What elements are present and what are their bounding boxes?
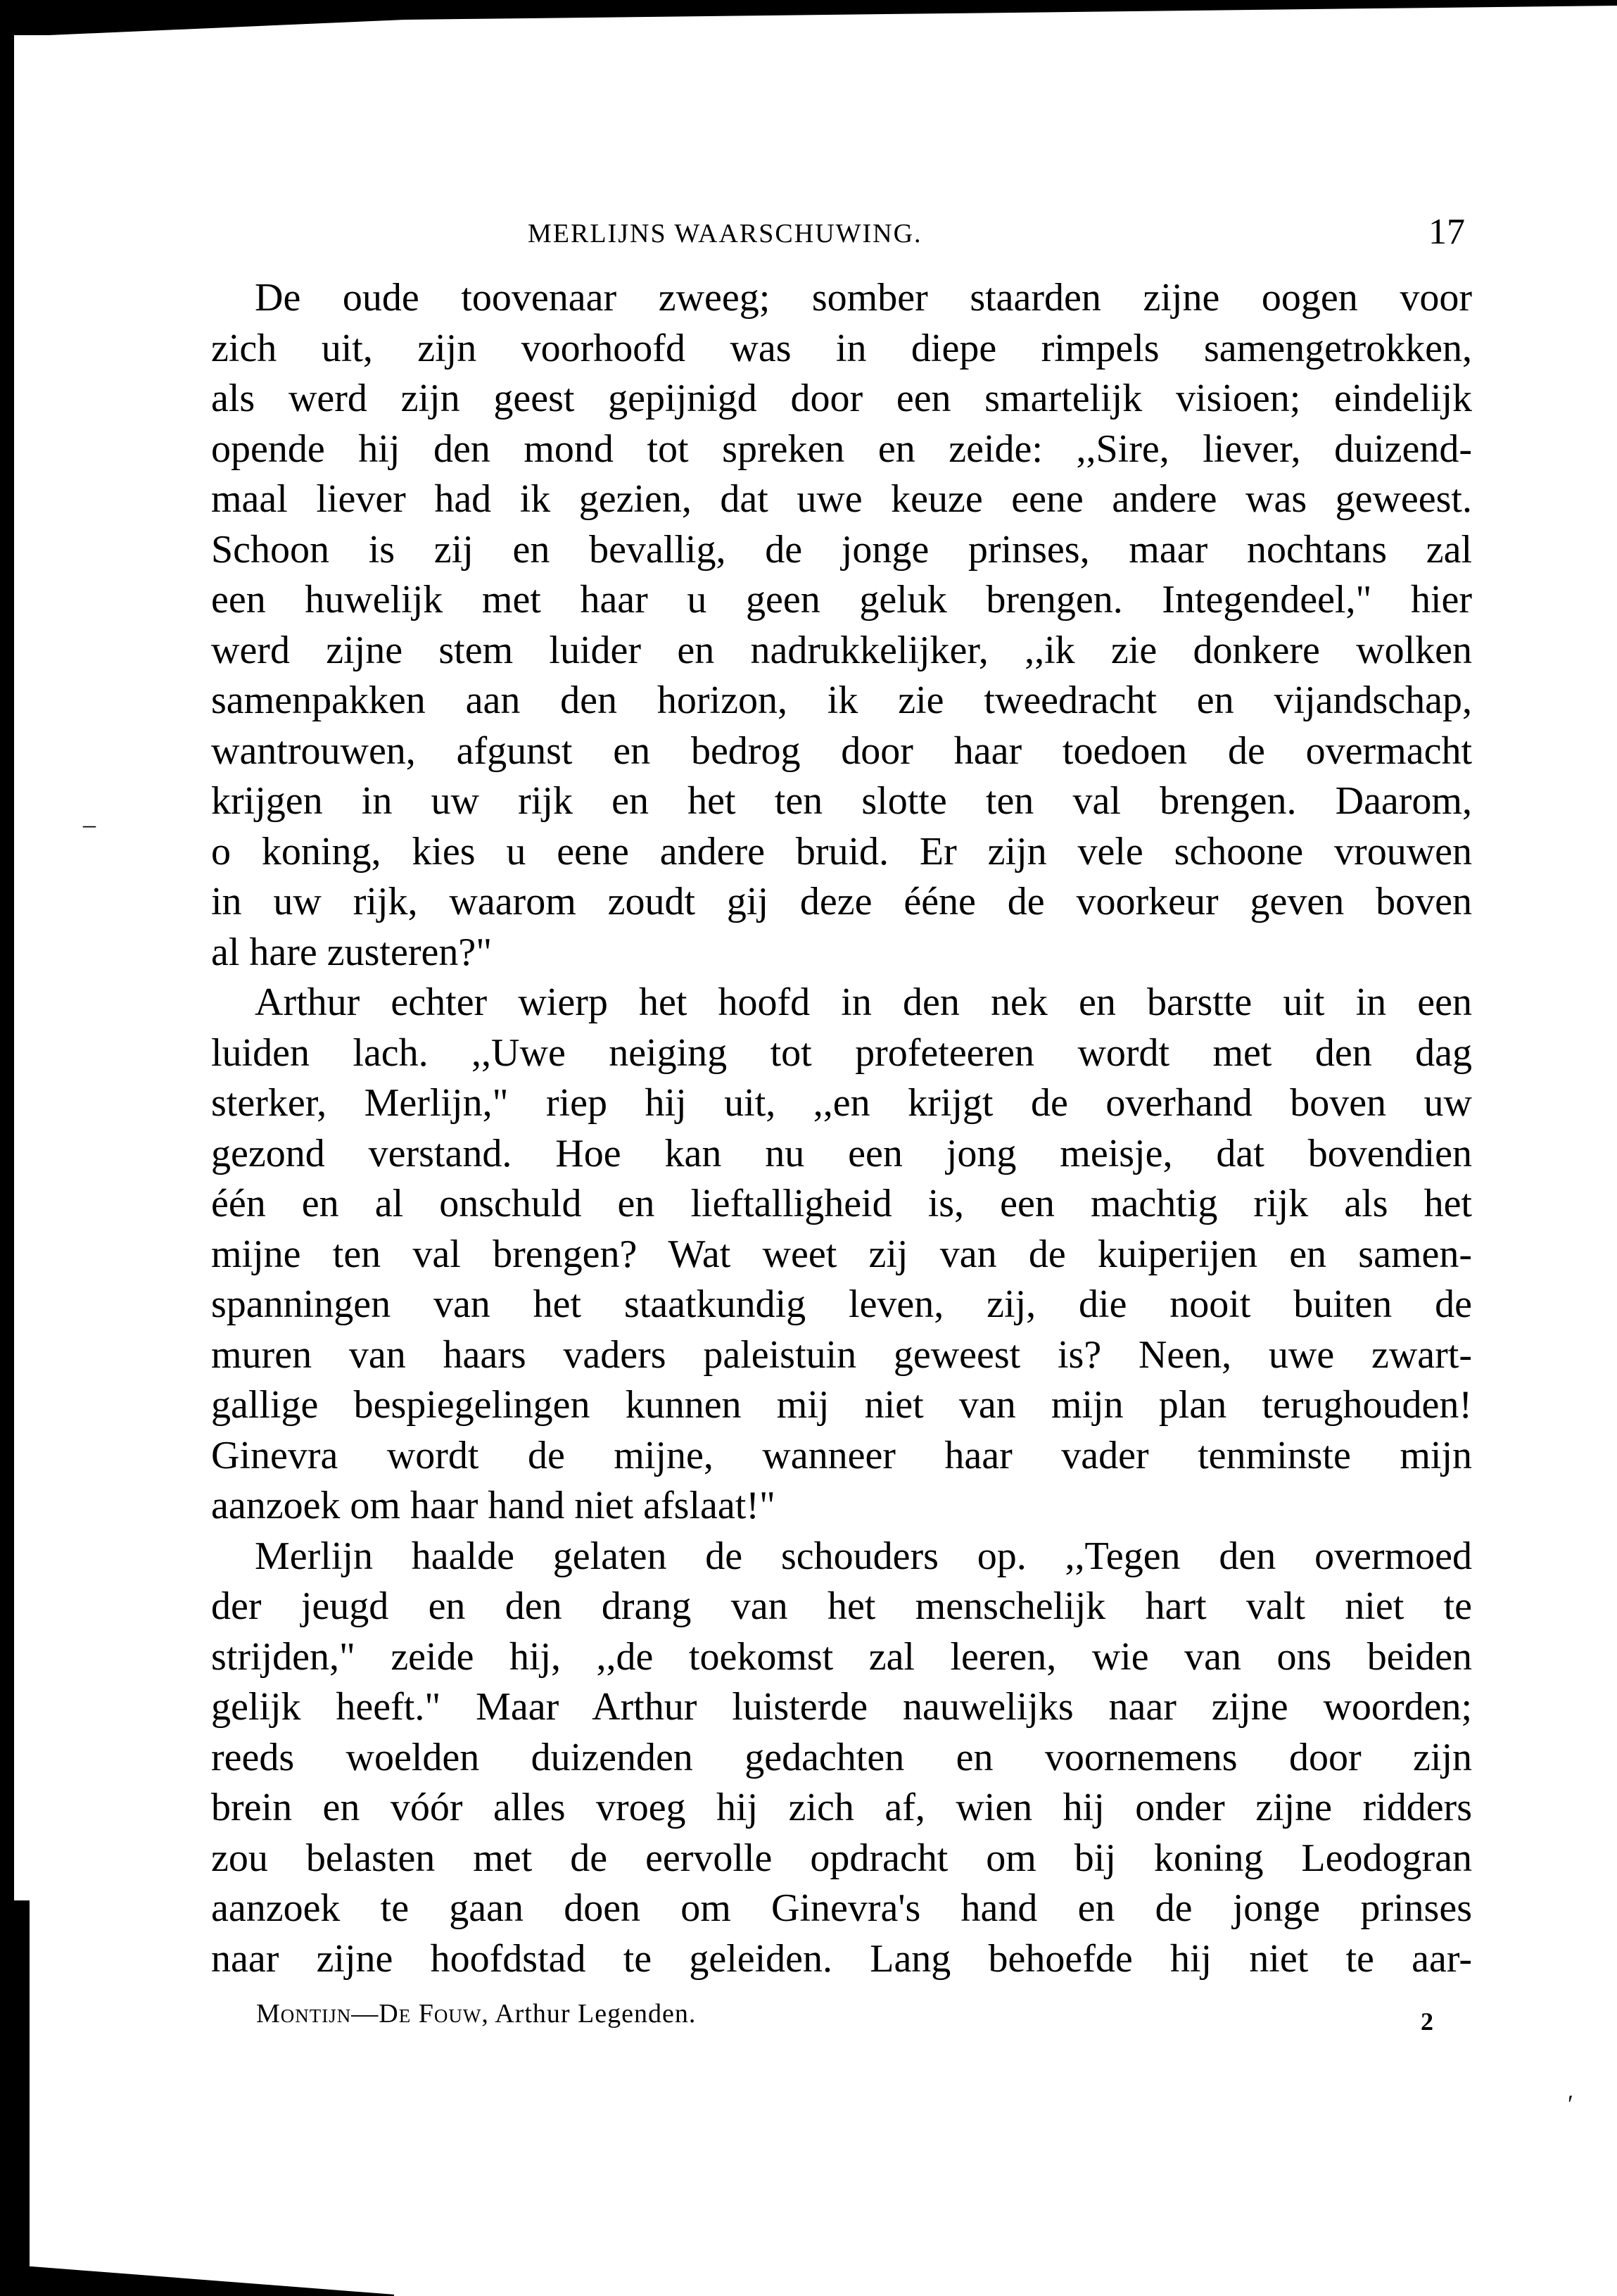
- text-line: spanningen van het staatkundig leven, zi…: [211, 1280, 1472, 1330]
- chapter-title: MERLIJNS WAARSCHUWING.: [528, 218, 922, 249]
- paragraph-3: Merlijn haalde gelaten de schouders op. …: [211, 1532, 1472, 1985]
- text-line: o koning, kies u eene andere bruid. Er z…: [211, 827, 1472, 878]
- paragraph-2: Arthur echter wierp het hoofd in den nek…: [211, 978, 1472, 1532]
- text-line: opende hij den mond tot spreken en zeide…: [211, 424, 1472, 475]
- footer-author: Montijn—De Fouw,: [256, 1999, 489, 2029]
- text-line: als werd zijn geest gepijnigd door een s…: [211, 374, 1472, 424]
- text-line: maal liever had ik gezien, dat uwe keuze…: [211, 474, 1472, 525]
- text-line: gelijk heeft." Maar Arthur luisterde nau…: [211, 1682, 1472, 1733]
- paragraph-1: De oude toovenaar zweeg; somber staarden…: [211, 273, 1472, 978]
- text-line: De oude toovenaar zweeg; somber staarden…: [211, 273, 1472, 324]
- text-line: werd zijne stem luider en nadrukkelijker…: [211, 626, 1472, 676]
- text-line: brein en vóór alles vroeg hij zich af, w…: [211, 1783, 1472, 1834]
- text-line: strijden," zeide hij, ,,de toekomst zal …: [211, 1632, 1472, 1683]
- page-footer: Montijn—De Fouw, Arthur Legenden. 2: [211, 1998, 1472, 2048]
- text-line: sterker, Merlijn," riep hij uit, ,,en kr…: [211, 1078, 1472, 1129]
- text-line: reeds woelden duizenden gedachten en voo…: [211, 1733, 1472, 1784]
- running-head: MERLIJNS WAARSCHUWING. 17: [211, 211, 1472, 267]
- text-line: luiden lach. ,,Uwe neiging tot profeteer…: [211, 1028, 1472, 1079]
- footer-book-title: Arthur Legenden.: [495, 1999, 696, 2029]
- text-line: krijgen in uw rijk en het ten slotte ten…: [211, 776, 1472, 827]
- text-line: aanzoek te gaan doen om Ginevra's hand e…: [211, 1884, 1472, 1934]
- text-line: aanzoek om haar hand niet afslaat!": [211, 1481, 1472, 1532]
- text-line: mijne ten val brengen? Wat weet zij van …: [211, 1230, 1472, 1280]
- footer-citation: Montijn—De Fouw, Arthur Legenden.: [256, 1998, 696, 2029]
- margin-mark-right: ʹ: [1568, 2089, 1573, 2119]
- text-line: zich uit, zijn voorhoofd was in diepe ri…: [211, 324, 1472, 374]
- text-line: een huwelijk met haar u geen geluk breng…: [211, 575, 1472, 626]
- text-line: Schoon is zij en bevallig, de jonge prin…: [211, 525, 1472, 576]
- text-line: Merlijn haalde gelaten de schouders op. …: [211, 1532, 1472, 1582]
- text-line: naar zijne hoofdstad te geleiden. Lang b…: [211, 1934, 1472, 1985]
- text-line: gallige bespiegelingen kunnen mij niet v…: [211, 1380, 1472, 1431]
- body-text: De oude toovenaar zweeg; somber staarden…: [211, 273, 1472, 1984]
- text-line: muren van haars vaders paleistuin gewees…: [211, 1330, 1472, 1381]
- scan-border-bottom: [0, 2266, 394, 2296]
- text-line: samenpakken aan den horizon, ik zie twee…: [211, 676, 1472, 726]
- text-line: Ginevra wordt de mijne, wanneer haar vad…: [211, 1431, 1472, 1482]
- book-page: MERLIJNS WAARSCHUWING. 17 De oude tooven…: [211, 211, 1472, 2048]
- text-line: gezond verstand. Hoe kan nu een jong mei…: [211, 1129, 1472, 1180]
- scan-border-left-lower: [0, 1900, 30, 2296]
- text-line: al hare zusteren?": [211, 928, 1472, 978]
- text-line: één en al onschuld en lieftalligheid is,…: [211, 1179, 1472, 1230]
- page-number: 17: [1428, 211, 1465, 253]
- text-line: der jeugd en den drang van het menscheli…: [211, 1582, 1472, 1632]
- scan-border-top: [0, 0, 1617, 35]
- text-line: wantrouwen, afgunst en bedrog door haar …: [211, 726, 1472, 777]
- signature-mark: 2: [1421, 2007, 1433, 2036]
- text-line: zou belasten met de eervolle opdracht om…: [211, 1834, 1472, 1884]
- text-line: Arthur echter wierp het hoofd in den nek…: [211, 978, 1472, 1028]
- text-line: in uw rijk, waarom zoudt gij deze ééne d…: [211, 877, 1472, 928]
- margin-mark-left: ‒: [83, 809, 96, 839]
